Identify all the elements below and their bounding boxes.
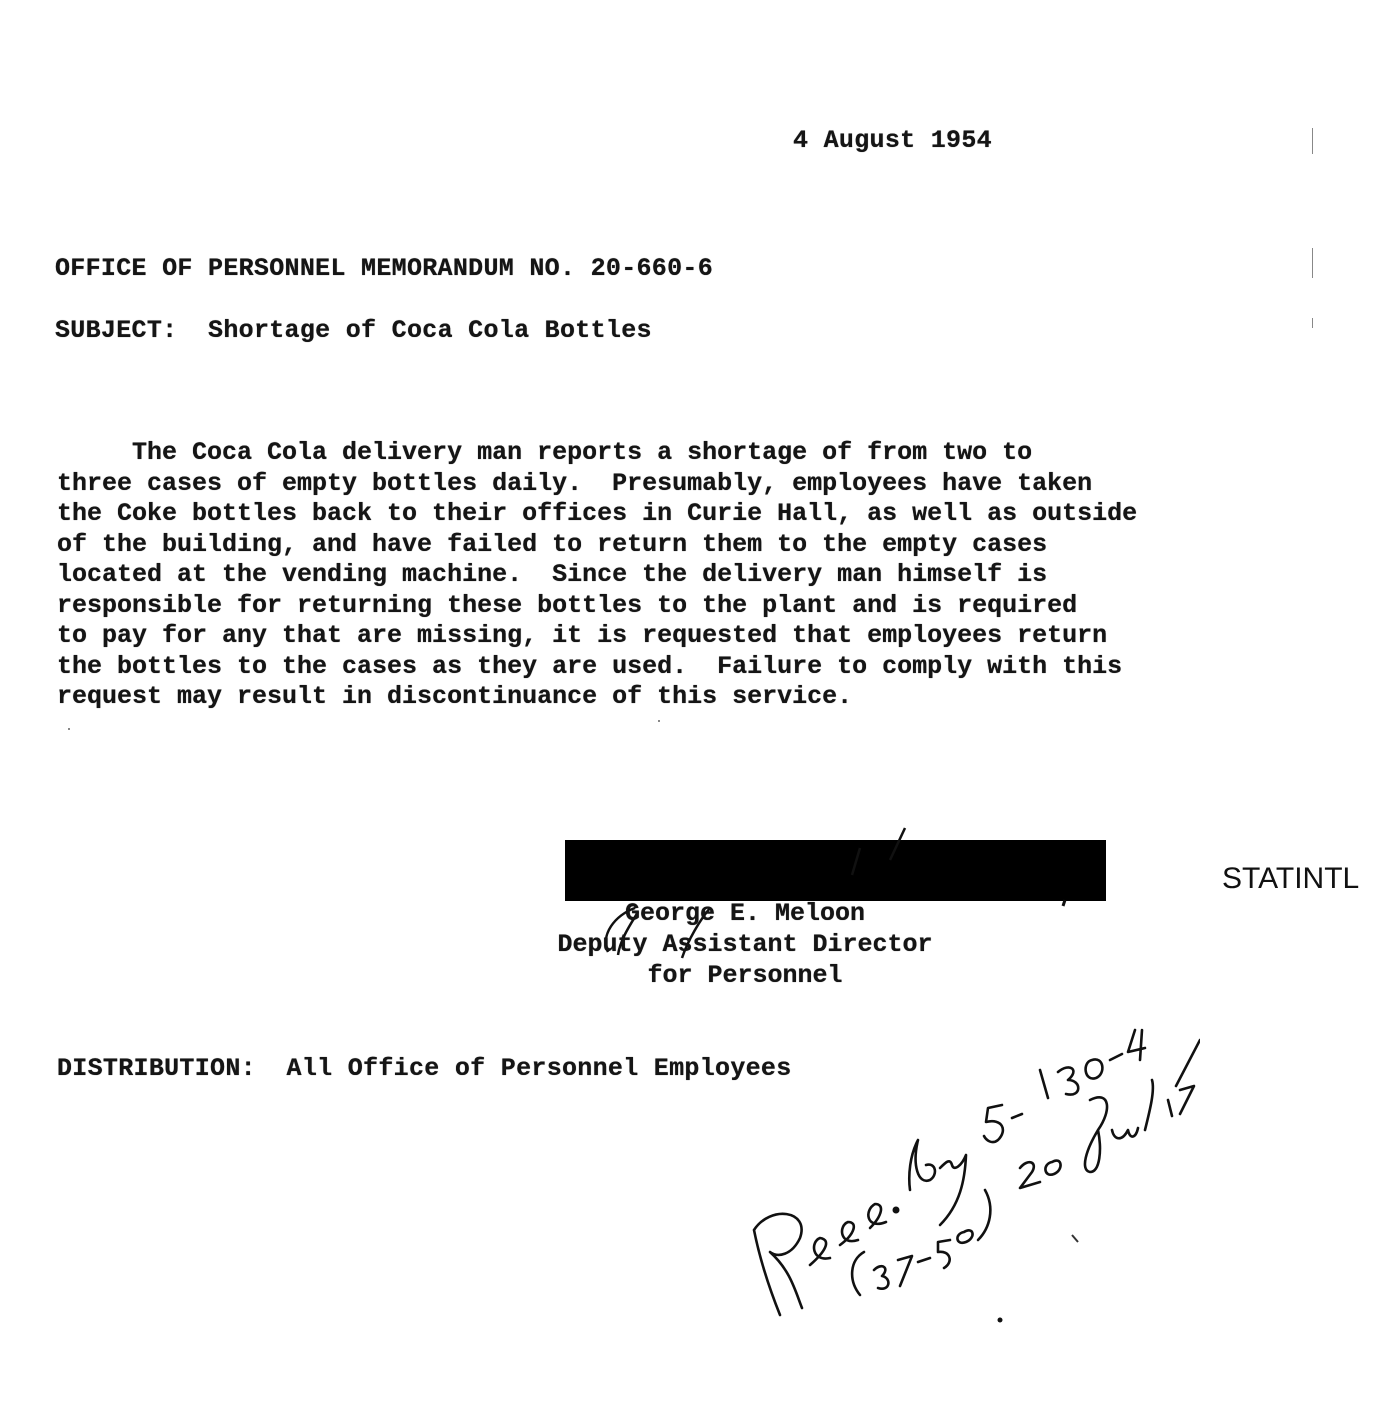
handwritten-annotation [740, 990, 1200, 1340]
distribution-text: All Office of Personnel Employees [287, 1054, 792, 1083]
body-line: to pay for any that are missing, it is r… [57, 621, 1207, 652]
body-line: responsible for returning these bottles … [57, 591, 1207, 622]
memo-date: 4 August 1954 [793, 126, 992, 155]
body-line: the Coke bottles back to their offices i… [57, 499, 1207, 530]
distribution-label: DISTRIBUTION: [57, 1054, 256, 1083]
body-line: three cases of empty bottles daily. Pres… [57, 469, 1207, 500]
body-line: of the building, and have failed to retu… [57, 530, 1207, 561]
statintl-stamp: STATINTL [1222, 862, 1359, 896]
memo-body: The Coca Cola delivery man reports a sho… [57, 438, 1207, 713]
body-line: The Coca Cola delivery man reports a sho… [57, 438, 1207, 469]
signature-block: George E. Meloon Deputy Assistant Direct… [550, 898, 940, 991]
subject-label: SUBJECT: [55, 316, 177, 345]
memo-subject-line: SUBJECT: Shortage of Coca Cola Bottles [55, 316, 652, 345]
body-line: located at the vending machine. Since th… [57, 560, 1207, 591]
signer-name: George E. Meloon [550, 898, 940, 929]
signer-department: for Personnel [550, 960, 940, 991]
memo-number: OFFICE OF PERSONNEL MEMORANDUM NO. 20-66… [55, 254, 713, 283]
body-line: request may result in discontinuance of … [57, 682, 1207, 713]
distribution-line: DISTRIBUTION: All Office of Personnel Em… [57, 1054, 792, 1083]
body-line: the bottles to the cases as they are use… [57, 652, 1207, 683]
subject-text: Shortage of Coca Cola Bottles [208, 316, 652, 345]
signer-title: Deputy Assistant Director [550, 929, 940, 960]
